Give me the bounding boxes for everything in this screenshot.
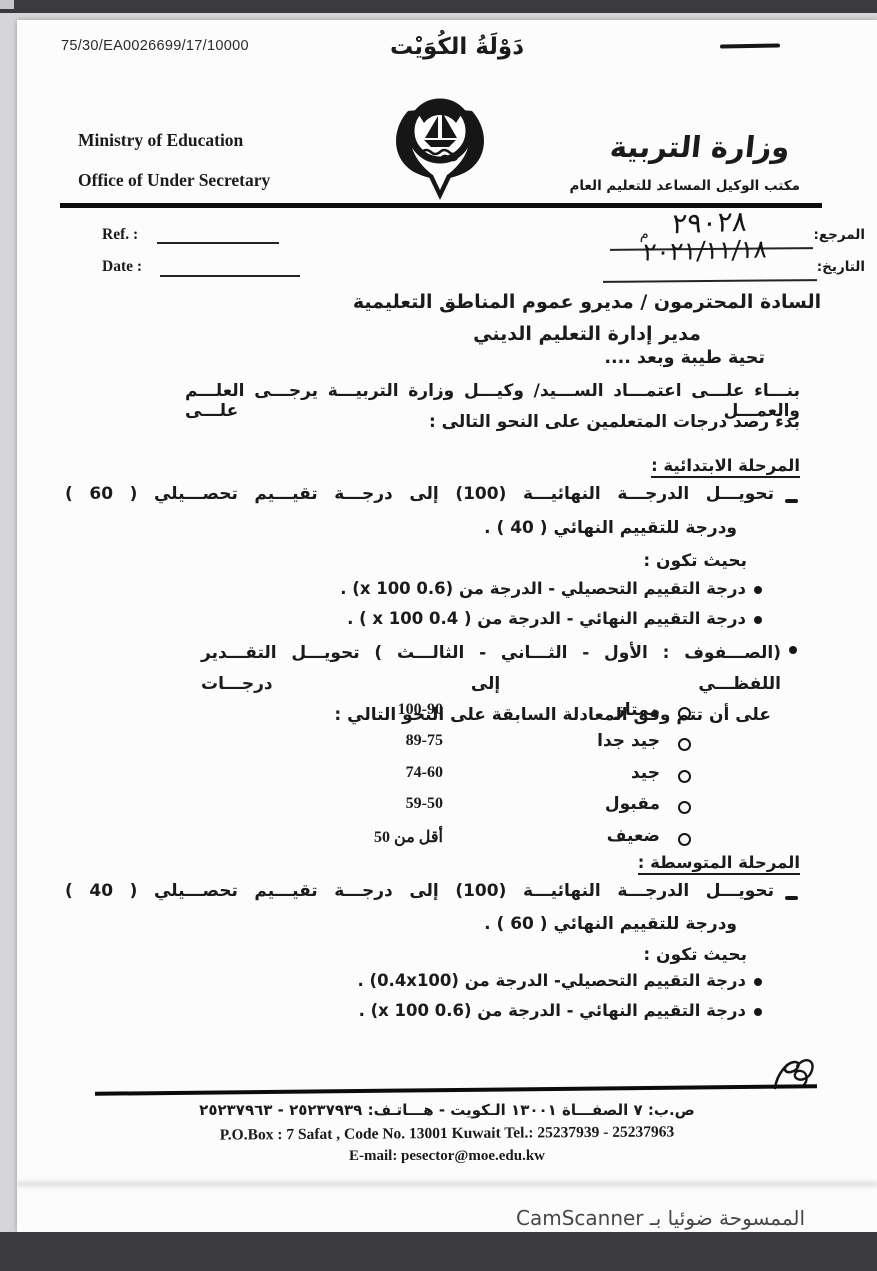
- bottom-bar: [0, 1232, 877, 1271]
- dash-marker: [785, 896, 798, 900]
- office-name-ar: مكتب الوكيل المساعد للتعليم العام: [569, 178, 800, 194]
- greeting: تحية طيبة وبعد ....: [604, 348, 765, 368]
- section-middle-title: المرحلة المتوسطة :: [638, 853, 800, 875]
- grade-row: جيد 74-60: [317, 763, 691, 791]
- doc-code: 75/30/EA0026699/17/10000: [61, 38, 249, 54]
- camscanner-watermark: الممسوحة ضوئيا بـ CamScanner: [516, 1206, 805, 1230]
- grade-circle-icon: [678, 738, 691, 751]
- grade-circle-icon: [678, 770, 691, 783]
- grade-row: ضعيف أقل من 50: [317, 826, 691, 854]
- grade-range: 59-50: [406, 795, 443, 813]
- date-label-en: Date :: [102, 258, 142, 276]
- grade-circle-icon: [678, 707, 691, 720]
- grade-range: 74-60: [406, 764, 443, 782]
- ref-label-en: Ref. :: [102, 226, 138, 244]
- grade-range: 89-75: [406, 732, 443, 750]
- document-page: 75/30/EA0026699/17/10000 دَوْلَةُ الكُوَ…: [17, 20, 877, 1232]
- section-middle-rule-2: ودرجة للتقييم النهائي ( 60 ) .: [484, 914, 737, 934]
- grade-label: ضعيف: [607, 826, 660, 846]
- intro-line-2: بدء رصد درجات المتعلمين على النحو التالى…: [429, 412, 800, 432]
- grade-label: جيد جدا: [597, 731, 660, 751]
- grade-range: أقل من 50: [374, 827, 443, 847]
- date-line-en: [160, 275, 300, 277]
- ministry-name-ar: وزارة التربية: [608, 130, 792, 164]
- section-primary-bullet-1: درجة التقييم التحصيلي - الدرجة من (0.6 x…: [340, 579, 762, 598]
- footer-address-ar: ص.ب: ٧ الصفـــاة ١٣٠٠١ الـكويت - هـــاتـ…: [27, 1101, 867, 1119]
- date-line-ar: [603, 279, 817, 283]
- footer-address-en: P.O.Box : 7 Safat , Code No. 13001 Kuwai…: [27, 1122, 867, 1146]
- bullet-dot-icon: [754, 616, 762, 624]
- grade-label: جيد: [631, 763, 660, 783]
- footer-email: E-mail: pesector@moe.edu.kw: [27, 1148, 867, 1165]
- section-primary-title: المرحلة الابتدائية :: [651, 456, 800, 478]
- date-value-handwritten: م ٢٠٢١/١١/١٨: [642, 234, 768, 266]
- grade-label: ممتاز: [615, 700, 660, 720]
- section-middle-bullet-1: درجة التقييم التحصيلي- الدرجة من (0.4x10…: [358, 971, 762, 990]
- date-suffix: م: [639, 226, 649, 242]
- top-bar-notch: [0, 0, 14, 9]
- ref-line-en: [157, 242, 279, 244]
- dash-marker: [785, 499, 798, 503]
- footer-block: ص.ب: ٧ الصفـــاة ١٣٠٠١ الـكويت - هـــاتـ…: [27, 1101, 867, 1165]
- section-primary-rule-1: تحويـــل الدرجـــة النهائيـــة (100) إلى…: [65, 484, 774, 504]
- camscanner-screen: 75/30/EA0026699/17/10000 دَوْلَةُ الكُوَ…: [0, 0, 877, 1271]
- section-middle-rule-1: تحويـــل الدرجـــة النهائيـــة (100) إلى…: [65, 881, 774, 901]
- grade-label: مقبول: [605, 794, 660, 814]
- grade-circle-icon: [678, 833, 691, 846]
- bullet-dot-icon: [789, 646, 797, 654]
- section-middle-bullet-2: درجة التقييم النهائي - الدرجة من (0.6 x …: [359, 1001, 762, 1020]
- grade-row: مقبول 59-50: [317, 794, 691, 822]
- grade-row: ممتاز 100-90: [317, 700, 691, 728]
- top-dash-mark: [720, 43, 780, 48]
- section-middle-so-that: بحيث تكون :: [643, 945, 747, 965]
- top-bar: [0, 0, 877, 13]
- bullet-dot-icon: [754, 586, 762, 594]
- ministry-name-en: Ministry of Education: [78, 130, 243, 151]
- date-label-ar: التاريخ:: [817, 259, 865, 275]
- office-name-en: Office of Under Secretary: [78, 170, 270, 191]
- grade-row: جيد جدا 89-75: [317, 731, 691, 759]
- section-primary-rule-2: ودرجة للتقييم النهائي ( 40 ) .: [484, 518, 737, 538]
- grade-range: 100-90: [398, 701, 443, 719]
- date-value: ٢٠٢١/١١/١٨: [642, 234, 768, 266]
- footer-rule: [95, 1084, 817, 1096]
- page-edge-shadow: [17, 1181, 877, 1187]
- state-title: دَوْلَةُ الكُوَيْت: [377, 34, 537, 60]
- bullet-dot-icon: [754, 978, 762, 986]
- bullet-dot-icon: [754, 1008, 762, 1016]
- recipient-line-2: مدير إدارة التعليم الديني: [297, 318, 877, 350]
- handwritten-initials: [765, 1052, 827, 1100]
- ref-label-ar: المرجع:: [814, 227, 866, 243]
- section-primary-bullet-2: درجة التقييم النهائي - الدرجة من ( 0.4 x…: [347, 609, 762, 628]
- grade-circle-icon: [678, 801, 691, 814]
- recipient-line-1: السادة المحترمون / مديرو عموم المناطق ال…: [297, 286, 877, 318]
- kuwait-emblem-icon: [388, 83, 492, 201]
- section-primary-so-that: بحيث تكون :: [643, 551, 747, 571]
- recipient-block: السادة المحترمون / مديرو عموم المناطق ال…: [297, 286, 877, 350]
- grades-note-line-1: (الصـــفوف : الأول - الثـــاني - الثالــ…: [201, 638, 781, 700]
